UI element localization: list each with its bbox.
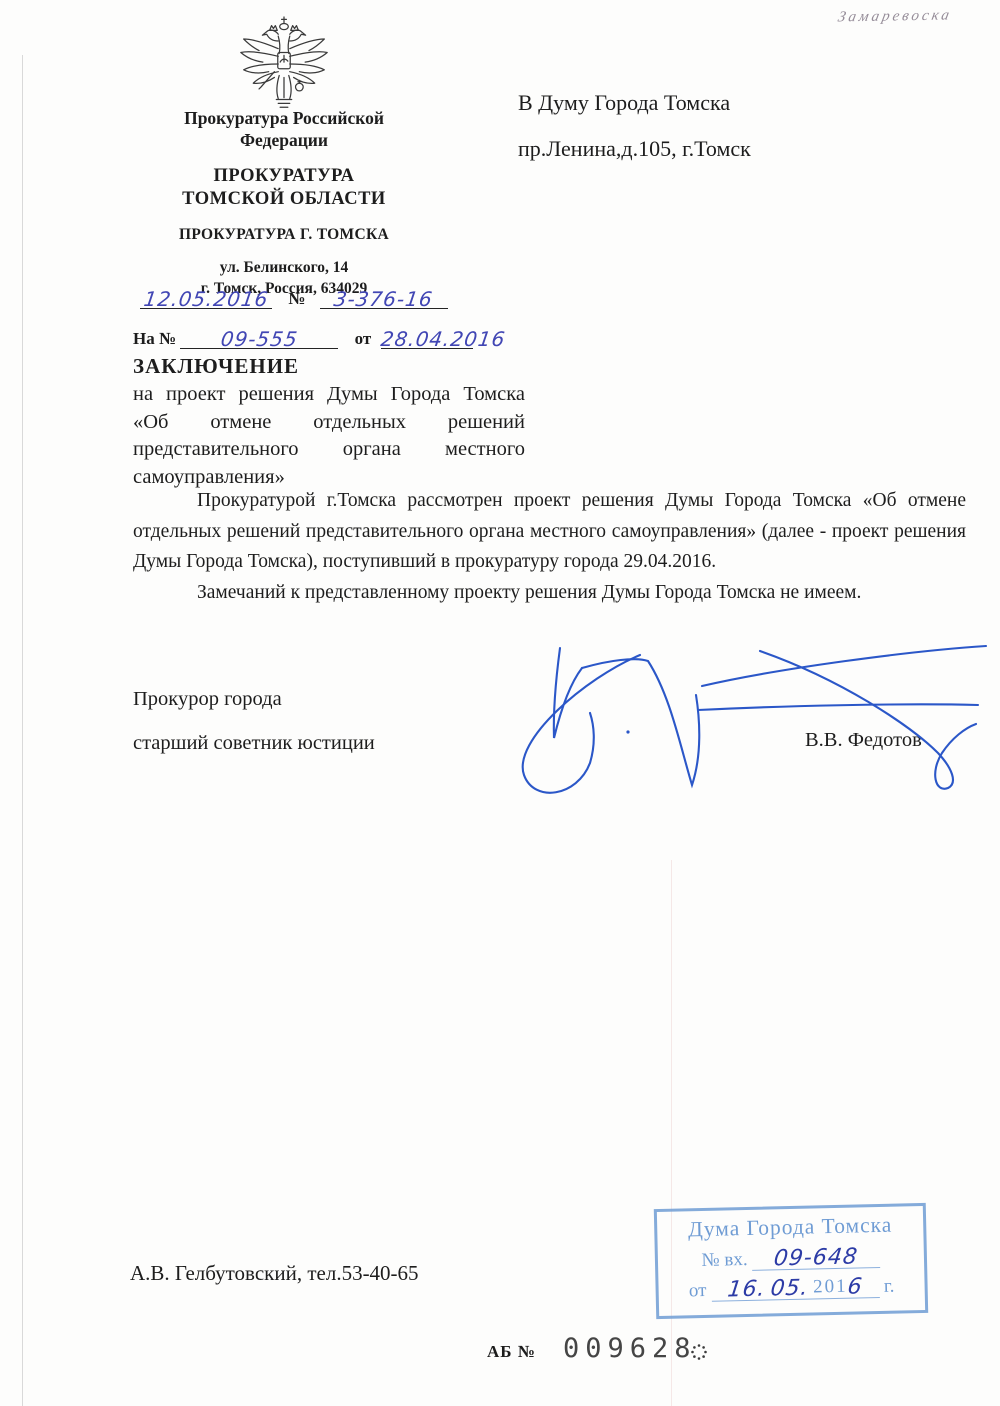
reply-to-number-field: 09-555 — [180, 324, 338, 349]
parent-org-line1: Прокуратура Российской — [128, 108, 440, 130]
recipient-line1: В Думу Города Томска — [518, 90, 730, 116]
coat-of-arms-icon — [236, 14, 332, 114]
reply-to-date-handwritten: 28.04.2016 — [380, 327, 508, 351]
dotted-star-icon — [690, 1343, 708, 1361]
handwritten-annotation: Замаревоска — [836, 7, 999, 27]
address-line1: ул. Белинского, 14 — [128, 258, 440, 278]
executor-contact: А.В. Гелбутовский, тел.53-40-65 — [130, 1261, 419, 1286]
stamp-org-name: Дума Города Томска — [657, 1212, 923, 1243]
stamp-date-day-handwritten: 16. — [726, 1277, 767, 1303]
pen-signature — [480, 633, 1000, 815]
reply-from-label: от — [355, 329, 372, 349]
stamp-year-digit-handwritten: 6 — [846, 1274, 864, 1299]
city-org: ПРОКУРАТУРА Г. ТОМСКА — [128, 225, 440, 244]
document-subtitle: на проект решения Думы Города Томска «Об… — [133, 381, 525, 492]
reference-row-incoming: На № 09-555 от 28.04.2016 — [133, 324, 473, 349]
scan-artifact-line — [671, 860, 672, 1406]
blank-number: 009628 — [563, 1333, 697, 1364]
signatory-post-line2: старший советник юстиции — [133, 732, 375, 755]
stamp-year-printed: 201 — [813, 1276, 848, 1298]
stamp-incoming-label: № вх. — [701, 1249, 748, 1271]
number-sign-label: № — [288, 289, 305, 309]
stamp-date-field: 16. 05. 2016 — [711, 1272, 880, 1302]
reference-row-outgoing: 12.05.2016 № 3-376-16 — [140, 284, 448, 309]
outgoing-number-handwritten: 3-376-16 — [333, 287, 435, 311]
document-title: ЗАКЛЮЧЕНИЕ — [133, 354, 525, 379]
reply-to-date-field: 28.04.2016 — [381, 324, 473, 349]
body-paragraph-1: Прокуратурой г.Томска рассмотрен проект … — [133, 486, 966, 578]
recipient-line2: пр.Ленина,д.105, г.Томск — [518, 136, 751, 162]
scanned-letter-page: Замаревоска В Думу Города Томска пр.Лени… — [0, 0, 1000, 1406]
reply-to-number-handwritten: 09-555 — [219, 327, 299, 351]
signatory-post-line1: Прокурор города — [133, 688, 282, 711]
stamp-year-suffix: г. — [884, 1276, 895, 1297]
incoming-stamp: Дума Города Томска № вх. 09-648 от 16. 0… — [654, 1203, 928, 1319]
outgoing-date-handwritten: 12.05.2016 — [142, 287, 270, 311]
blank-series-label: АБ № — [487, 1342, 536, 1362]
outgoing-date-field: 12.05.2016 — [140, 284, 272, 309]
stamp-date-month-handwritten: 05. — [769, 1276, 810, 1302]
stamp-incoming-number-field: 09-648 — [752, 1242, 881, 1271]
outgoing-number-field: 3-376-16 — [320, 284, 448, 309]
body-text: Прокуратурой г.Томска рассмотрен проект … — [133, 486, 966, 608]
title-block: ЗАКЛЮЧЕНИЕ на проект решения Думы Города… — [133, 354, 525, 492]
body-paragraph-2: Замечаний к представленному проекту реше… — [133, 578, 966, 609]
region-org-line2: ТОМСКОЙ ОБЛАСТИ — [128, 188, 440, 211]
reply-to-label: На № — [133, 329, 176, 348]
region-org-line1: ПРОКУРАТУРА — [128, 165, 440, 188]
parent-org-line2: Федерации — [128, 130, 440, 152]
stamp-incoming-number-handwritten: 09-648 — [773, 1244, 860, 1271]
stamp-date-label: от — [689, 1280, 707, 1301]
scan-artifact-line — [22, 55, 23, 1406]
letterhead: Прокуратура Российской Федерации ПРОКУРА… — [128, 108, 440, 299]
